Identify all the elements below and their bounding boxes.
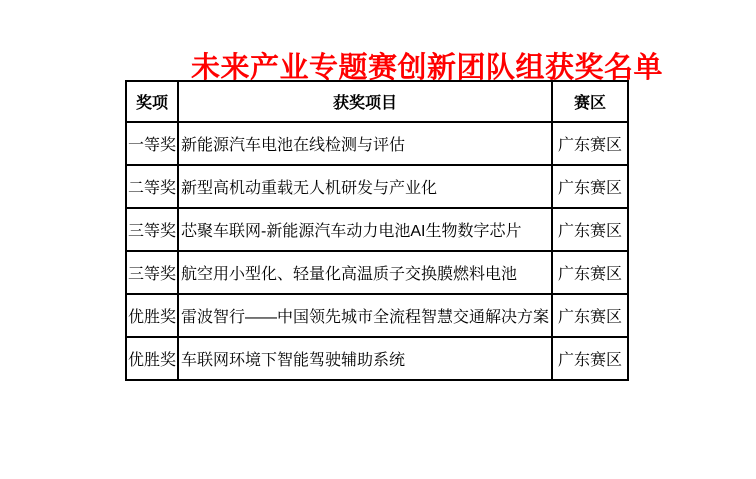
region-cell: 广东赛区 (552, 294, 628, 337)
column-header-award: 奖项 (126, 81, 178, 122)
award-cell: 二等奖 (126, 165, 178, 208)
project-cell: 新型高机动重载无人机研发与产业化 (178, 165, 552, 208)
region-cell: 广东赛区 (552, 122, 628, 165)
project-cell: 芯聚车联网-新能源汽车动力电池AI生物数字芯片 (178, 208, 552, 251)
table-row: 二等奖 新型高机动重载无人机研发与产业化 广东赛区 (126, 165, 628, 208)
project-cell: 雷波智行——中国领先城市全流程智慧交通解决方案 (178, 294, 552, 337)
project-cell: 车联网环境下智能驾驶辅助系统 (178, 337, 552, 380)
table-row: 优胜奖 车联网环境下智能驾驶辅助系统 广东赛区 (126, 337, 628, 380)
table-header-row: 奖项 获奖项目 赛区 (126, 81, 628, 122)
project-cell: 航空用小型化、轻量化高温质子交换膜燃料电池 (178, 251, 552, 294)
column-header-region: 赛区 (552, 81, 628, 122)
award-cell: 优胜奖 (126, 337, 178, 380)
table-row: 三等奖 芯聚车联网-新能源汽车动力电池AI生物数字芯片 广东赛区 (126, 208, 628, 251)
table-row: 一等奖 新能源汽车电池在线检测与评估 广东赛区 (126, 122, 628, 165)
table-row: 三等奖 航空用小型化、轻量化高温质子交换膜燃料电池 广东赛区 (126, 251, 628, 294)
column-header-project: 获奖项目 (178, 81, 552, 122)
project-cell: 新能源汽车电池在线检测与评估 (178, 122, 552, 165)
award-cell: 优胜奖 (126, 294, 178, 337)
award-cell: 一等奖 (126, 122, 178, 165)
document-page: 未来产业专题赛创新团队组获奖名单 奖项 获奖项目 赛区 一等奖 新能源汽车电池在… (0, 0, 756, 479)
table-row: 优胜奖 雷波智行——中国领先城市全流程智慧交通解决方案 广东赛区 (126, 294, 628, 337)
region-cell: 广东赛区 (552, 337, 628, 380)
region-cell: 广东赛区 (552, 165, 628, 208)
awards-table: 奖项 获奖项目 赛区 一等奖 新能源汽车电池在线检测与评估 广东赛区 二等奖 新… (125, 80, 629, 381)
region-cell: 广东赛区 (552, 251, 628, 294)
award-cell: 三等奖 (126, 208, 178, 251)
award-cell: 三等奖 (126, 251, 178, 294)
region-cell: 广东赛区 (552, 208, 628, 251)
